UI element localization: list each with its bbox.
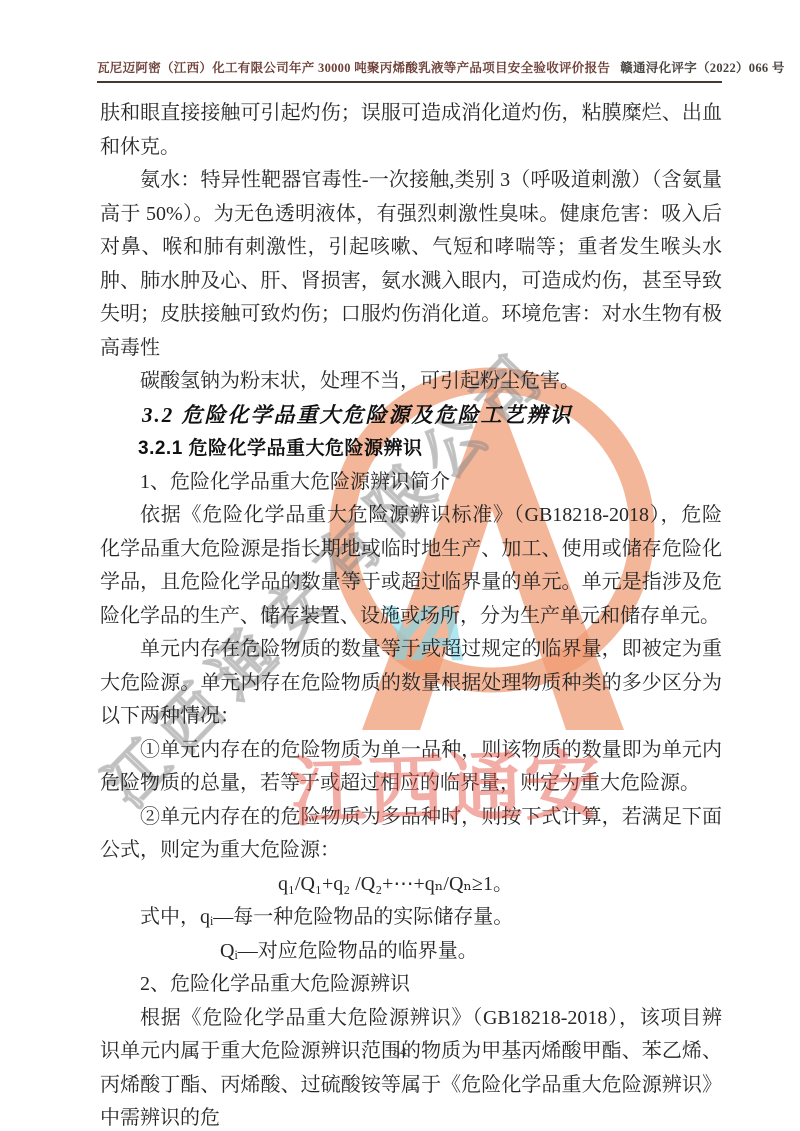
paragraph-identification-result: 根据《危险化学品重大危险源辨识》（GB18218-2018），该项目辨识单元内属… (100, 1002, 722, 1131)
paragraph-ammonia-hazard: 氨水：特异性靶器官毒性-一次接触,类别 3（呼吸道刺激）（含氨量高于 50%）。… (100, 164, 722, 365)
paragraph-skin-eye-contact: 肤和眼直接接触可引起灼伤；误服可造成消化道灼伤，粘膜糜烂、出血和休克。 (100, 97, 722, 164)
paragraph-case-single-substance: ①单元内存在的危险物质为单一品种，则该物质的数量即为单元内危险物质的总量，若等于… (100, 734, 722, 801)
page-footer: 54 (0, 1044, 800, 1060)
formula-threshold-sum: q₁/Q₁+q₂ /Q₂+⋯+qₙ/Qₙ≥1。 (100, 868, 722, 902)
paragraph-intro-title: 1、危险化学品重大危险源辨识简介 (100, 466, 722, 500)
section-heading-3-2: 3.2 危险化学品重大危险源及危险工艺辨识 (100, 399, 722, 433)
paragraph-case-multi-substance: ②单元内存在的危险物质为多品种时，则按下式计算，若满足下面公式，则定为重大危险源… (100, 801, 722, 868)
paragraph-sodium-bicarbonate: 碳酸氢钠为粉末状，处理不当，可引起粉尘危害。 (100, 365, 722, 399)
subsection-heading-3-2-1: 3.2.1 危险化学品重大危险源辨识 (100, 432, 722, 466)
document-body: 肤和眼直接接触可引起灼伤；误服可造成消化道灼伤，粘膜糜烂、出血和休克。 氨水：特… (100, 97, 722, 1131)
formula-note-qi: 式中，qᵢ—每一种危险物品的实际储存量。 (100, 901, 722, 935)
header-report-title: 瓦尼迈阿密（江西）化工有限公司年产 30000 吨聚丙烯酸乳液等产品项目安全验收… (97, 58, 610, 76)
page-number: 54 (394, 1044, 407, 1059)
paragraph-identification-title: 2、危险化学品重大危险源辨识 (100, 968, 722, 1002)
document-page: 江西通安有限公司 YA 江西通安 瓦尼迈阿密（江西）化工有限公司年产 30000… (0, 0, 800, 1131)
paragraph-identification-basis: 依据《危险化学品重大危险源辨识标准》（GB18218-2018），危险化学品重大… (100, 499, 722, 633)
page-header: 瓦尼迈阿密（江西）化工有限公司年产 30000 吨聚丙烯酸乳液等产品项目安全验收… (97, 58, 722, 83)
formula-note-Qi: Qᵢ—对应危险物品的临界量。 (100, 935, 722, 969)
header-document-number: 赣通浔化评字（2022）066 号 (620, 58, 784, 76)
paragraph-unit-definition: 单元内存在危险物质的数量等于或超过规定的临界量，即被定为重大危险源。单元内存在危… (100, 633, 722, 734)
